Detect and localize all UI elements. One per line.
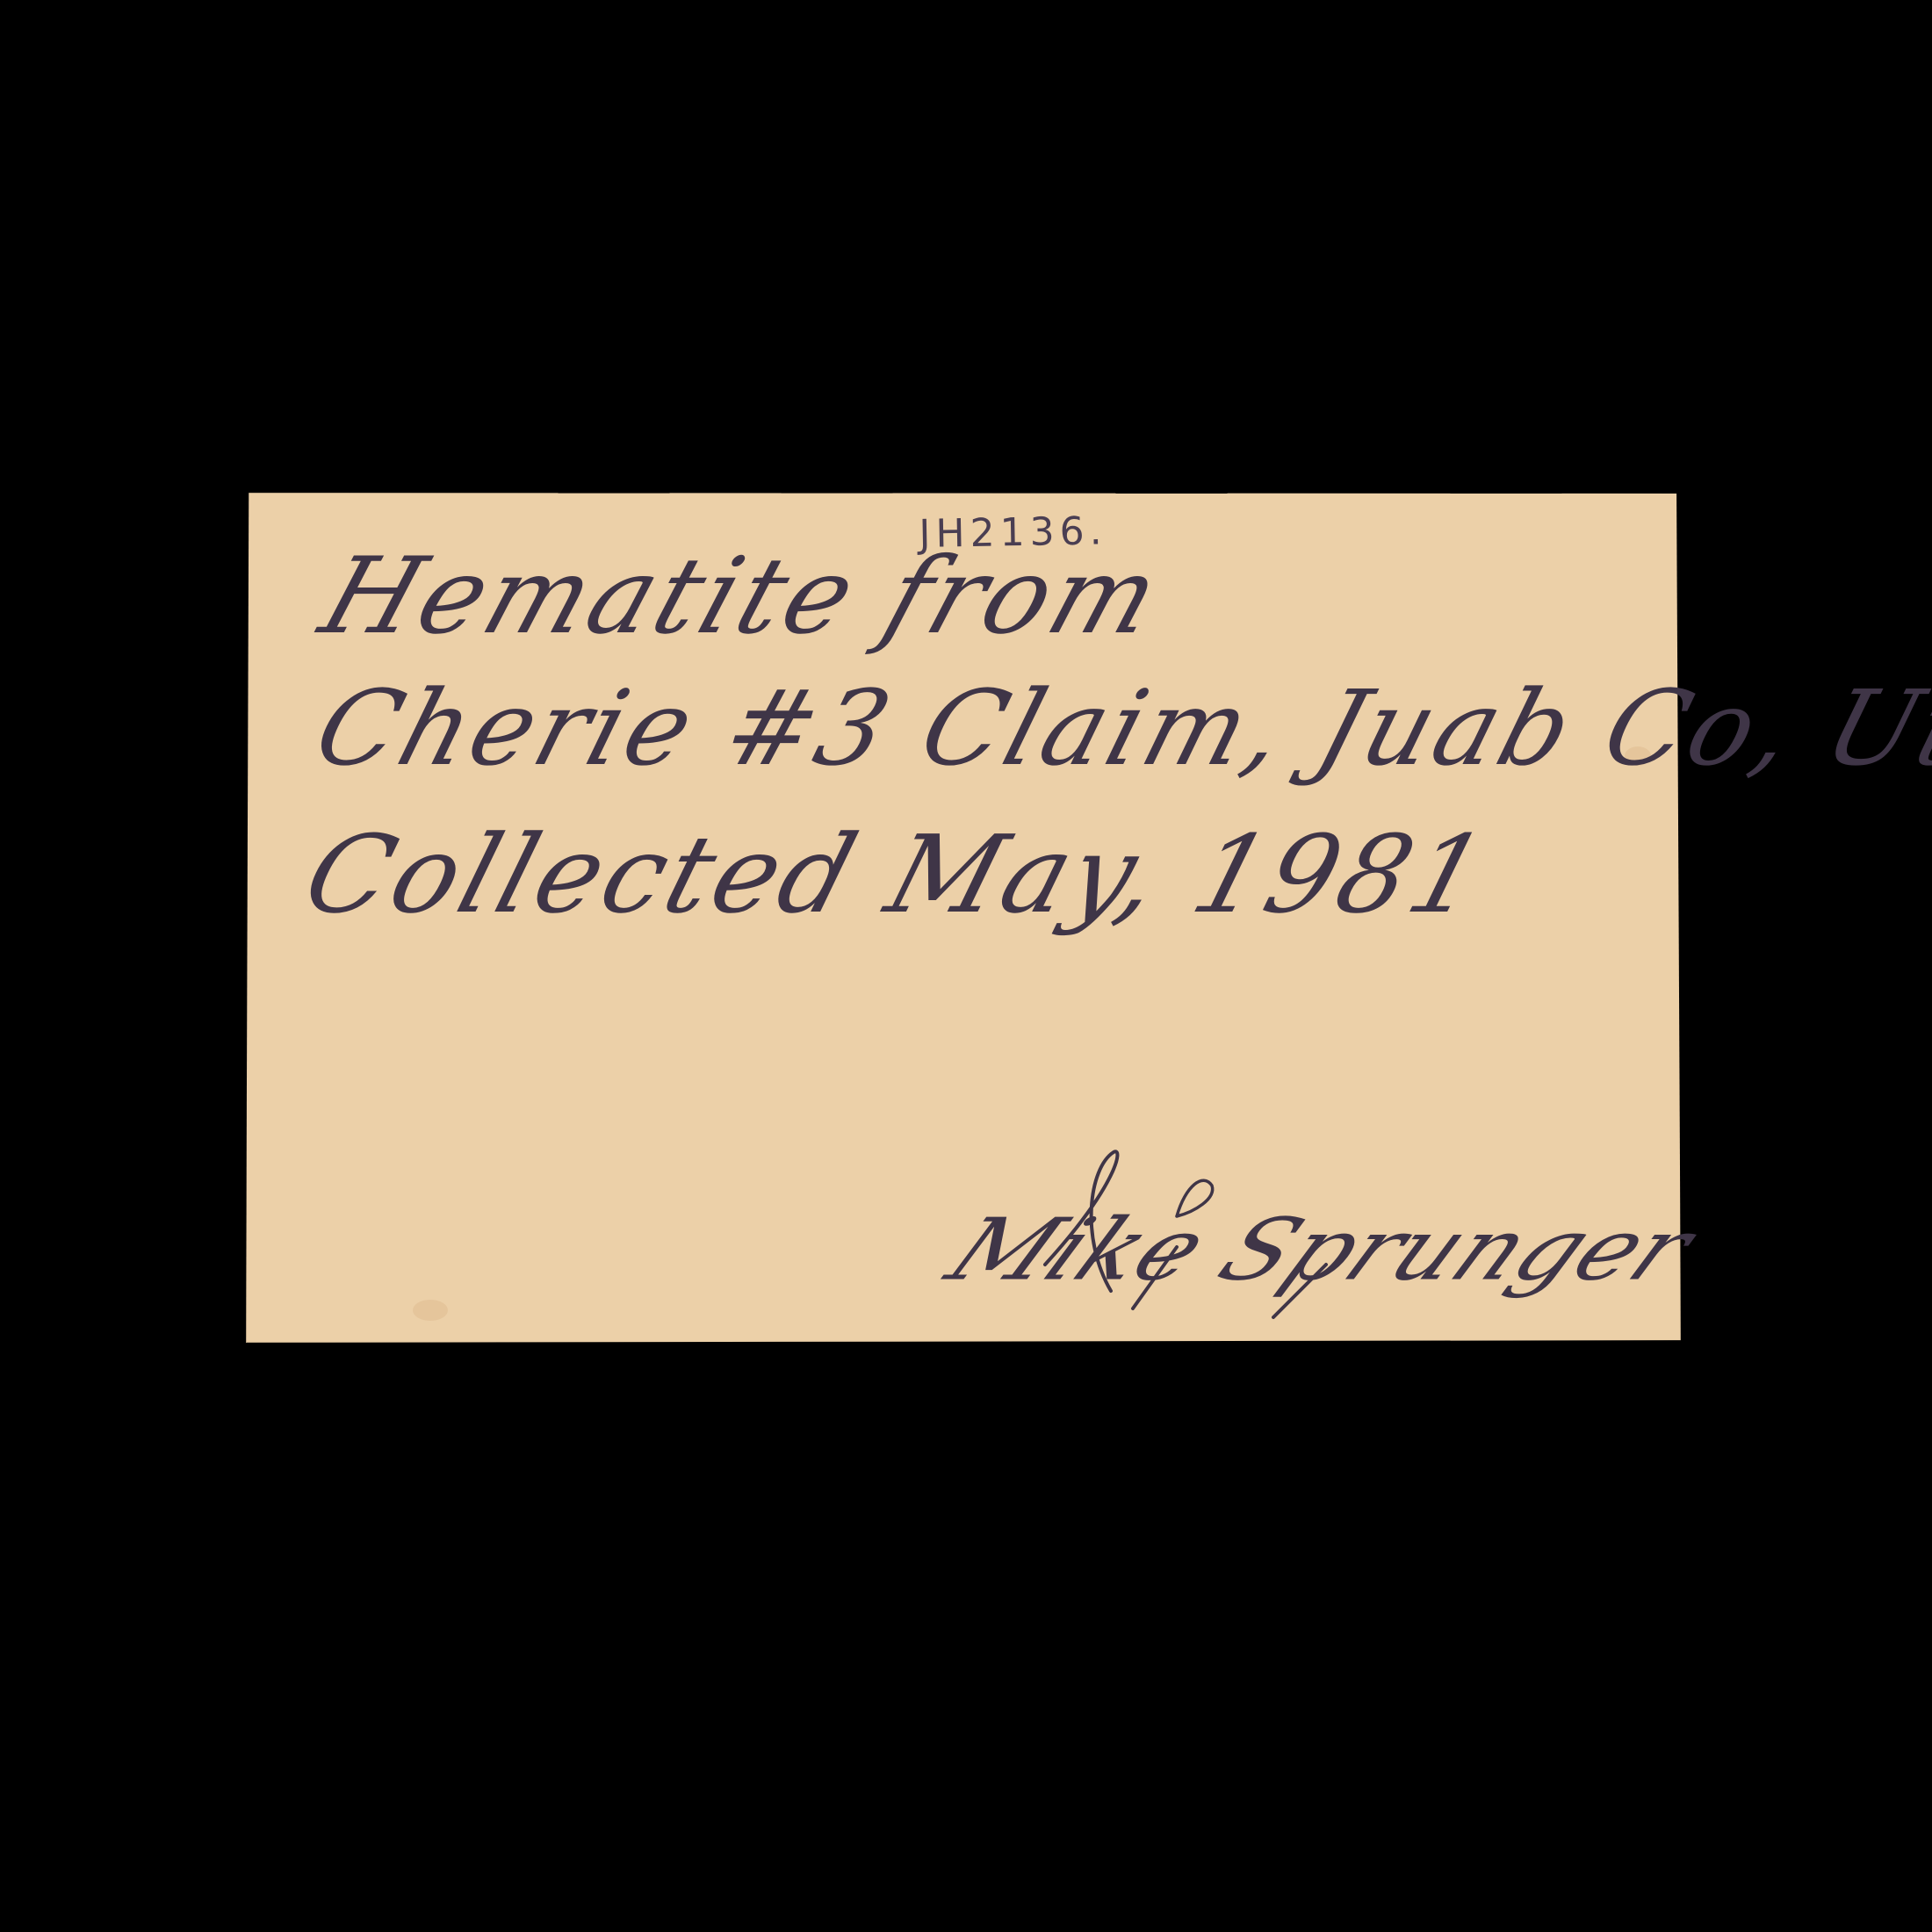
label-line-locality: Cherie #3 Claim, Juab Co, Ut. <box>303 667 1932 789</box>
label-line-mineral: Hematite from <box>307 536 1177 658</box>
collector-signature: Mike Sprunger <box>931 1201 1710 1301</box>
paper-stain <box>413 1300 448 1321</box>
label-line-collected-date: Collected May, 1981 <box>292 812 1503 937</box>
